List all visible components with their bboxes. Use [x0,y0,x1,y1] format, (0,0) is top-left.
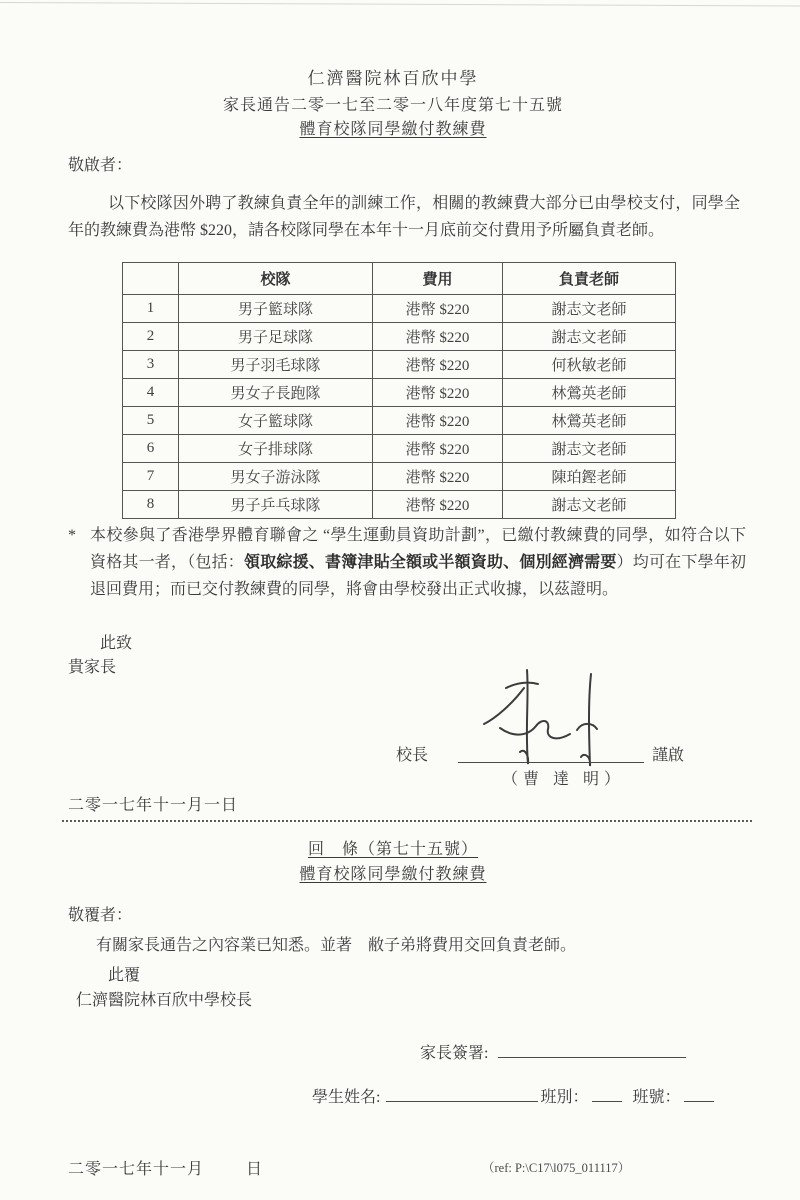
fees-table: 校隊 費用 負責老師 1 男子籃球隊 港幣 $220 謝志文老師 2 男子足球隊… [122,262,676,519]
cell-teacher: 謝志文老師 [503,435,676,463]
cut-dashed-line [62,820,752,822]
header-cell-teacher: 負責老師 [503,263,676,295]
table-row: 8 男子乒乓球隊 港幣 $220 謝志文老師 [123,491,676,519]
closing-cizhi: 此致 [100,630,132,653]
cell-teacher: 林鶯英老師 [503,407,676,435]
cell-fee: 港幣 $220 [373,323,503,351]
parent-signature-row: 家長簽署: [420,1040,686,1063]
scan-artifact-line [0,2,800,6]
class-blank [592,1086,622,1102]
header-cell-team: 校隊 [179,263,373,295]
cell-fee: 港幣 $220 [373,463,503,491]
cell-index: 3 [123,351,179,379]
table-row: 1 男子籃球隊 港幣 $220 謝志文老師 [123,295,676,323]
salutation: 敬啟者： [68,152,132,175]
cell-team: 男子乒乓球隊 [179,491,373,519]
reply-slip-subtitle: 體育校隊同學繳付教練費 [299,866,486,883]
reply-date-row: 二零一七年十一月日 [68,1156,263,1179]
cell-team: 男女子長跑隊 [179,379,373,407]
header-cell-index [123,263,179,295]
cell-fee: 港幣 $220 [373,379,503,407]
cell-teacher: 林鶯英老師 [503,379,676,407]
cell-index: 2 [123,323,179,351]
asterisk-marker: * [68,522,76,549]
cell-fee: 港幣 $220 [373,435,503,463]
principal-label: 校長 [396,742,428,765]
class-no-blank [684,1086,714,1102]
table-row: 6 女子排球隊 港幣 $220 謝志文老師 [123,435,676,463]
day-label: 日 [246,1161,263,1178]
table-row: 2 男子足球隊 港幣 $220 謝志文老師 [123,323,676,351]
reply-slip-title: 回 條（第七十五號） [308,841,478,858]
principal-name: （曹 達 明） [502,766,625,789]
header-cell-fee: 費用 [373,263,503,295]
notice-number-line: 家長通告二零一七至二零一八年度第七十五號 [0,92,786,115]
subsidy-note-text: 本校參與了香港學界體育聯會之 “學生運動員資助計劃”，已繳付教練費的同學，如符合… [68,522,746,603]
note-bold-segment: 領取綜援、書簿津貼全額或半額資助、個別經濟需要 [244,554,617,571]
parent-signature-blank [498,1042,686,1058]
cell-fee: 港幣 $220 [373,351,503,379]
cell-index: 5 [123,407,179,435]
cell-index: 4 [123,379,179,407]
cell-index: 6 [123,435,179,463]
table-row: 4 男女子長跑隊 港幣 $220 林鶯英老師 [123,379,676,407]
notice-date: 二零一七年十一月一日 [68,792,238,815]
notice-subject: 體育校隊同學繳付教練費 [0,116,786,139]
reply-salutation: 敬覆者： [68,902,132,925]
table-row: 7 男女子游泳隊 港幣 $220 陳珀鏗老師 [123,463,676,491]
cell-teacher: 謝志文老師 [503,295,676,323]
cell-index: 8 [123,491,179,519]
subsidy-note: * 本校參與了香港學界體育聯會之 “學生運動員資助計劃”，已繳付教練費的同學，如… [68,522,746,603]
cell-team: 男子足球隊 [179,323,373,351]
class-no-label: 班號： [632,1089,680,1106]
cell-team: 女子籃球隊 [179,407,373,435]
reply-body: 有關家長通告之內容業已知悉。並著 敝子弟將費用交回負責老師。 [96,932,576,955]
reply-date: 二零一七年十一月 [68,1161,204,1178]
table-row: 5 女子籃球隊 港幣 $220 林鶯英老師 [123,407,676,435]
cell-index: 1 [123,295,179,323]
cell-team: 男女子游泳隊 [179,463,373,491]
cell-teacher: 何秋敏老師 [503,351,676,379]
table-header-row: 校隊 費用 負責老師 [123,263,676,295]
cell-team: 女子排球隊 [179,435,373,463]
cell-team: 男子籃球隊 [179,295,373,323]
class-label: 班別： [540,1089,588,1106]
cell-index: 7 [123,463,179,491]
closing-recipient: 貴家長 [68,654,116,677]
cell-teacher: 謝志文老師 [503,323,676,351]
reply-addressee: 仁濟醫院林百欣中學校長 [76,987,252,1010]
principal-signature-line [458,741,644,763]
table-row: 3 男子羽毛球隊 港幣 $220 何秋敏老師 [123,351,676,379]
document-page: 仁濟醫院林百欣中學 家長通告二零一七至二零一八年度第七十五號 體育校隊同學繳付教… [0,0,800,1200]
cell-fee: 港幣 $220 [373,407,503,435]
intro-paragraph: 以下校隊因外聘了教練負責全年的訓練工作，相關的教練費大部分已由學校支付，同學全年… [68,190,740,244]
student-name-label: 學生姓名: [312,1089,380,1106]
cell-fee: 港幣 $220 [373,491,503,519]
cell-team: 男子羽毛球隊 [179,351,373,379]
cell-teacher: 謝志文老師 [503,491,676,519]
student-info-row: 學生姓名:班別：班號： [312,1084,714,1107]
cell-teacher: 陳珀鏗老師 [503,463,676,491]
parent-sign-label: 家長簽署: [420,1045,488,1062]
file-reference: （ref: P:\C17\l075_011117） [482,1158,630,1176]
student-name-blank [386,1086,538,1102]
reply-closing: 此覆 [108,962,140,985]
school-name: 仁濟醫院林百欣中學 [0,64,786,89]
sign-off-label: 謹啟 [652,742,684,765]
cell-fee: 港幣 $220 [373,295,503,323]
